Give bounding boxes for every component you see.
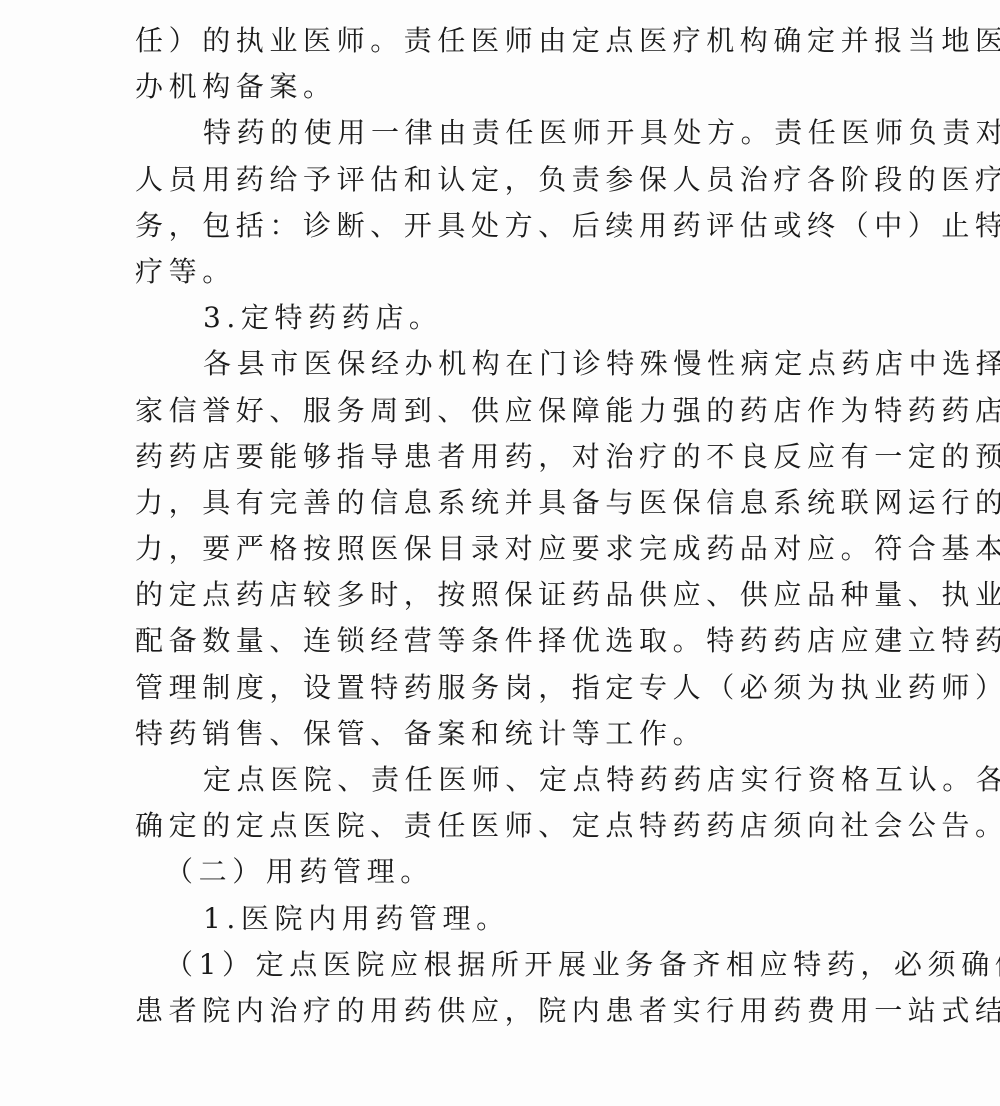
text-line: 力，具有完善的信息系统并具备与医保信息系统联网运行的能 — [135, 480, 857, 526]
document-body: 任）的执业医师。责任医师由定点医疗机构确定并报当地医保经 办机构备案。 特药的使… — [135, 18, 857, 1034]
text-line: 管理制度，设置特药服务岗，指定专人（必须为执业药师）负责 — [135, 665, 857, 711]
paragraph-start-line: 定点医院、责任医师、定点特药药店实行资格互认。各县市 — [135, 757, 857, 803]
text-line: 配备数量、连锁经营等条件择优选取。特药药店应建立特药供应 — [135, 618, 857, 664]
text-line: 疗等。 — [135, 249, 857, 295]
text-line: 务，包括：诊断、开具处方、后续用药评估或终（中）止特药治 — [135, 203, 857, 249]
text-line: 药药店要能够指导患者用药，对治疗的不良反应有一定的预判能 — [135, 434, 857, 480]
text-line: 人员用药给予评估和认定，负责参保人员治疗各阶段的医疗服 — [135, 157, 857, 203]
text-line: 确定的定点医院、责任医师、定点特药药店须向社会公告。 — [135, 803, 857, 849]
text-line: 力，要严格按照医保目录对应要求完成药品对应。符合基本条件 — [135, 526, 857, 572]
paragraph-start-line: 特药的使用一律由责任医师开具处方。责任医师负责对参保 — [135, 110, 857, 156]
text-line: 特药销售、保管、备案和统计等工作。 — [135, 711, 857, 757]
paragraph-start-line: 各县市医保经办机构在门诊特殊慢性病定点药店中选择1-2 — [135, 341, 857, 387]
text-line: 患者院内治疗的用药供应，院内患者实行用药费用一站式结算。 — [135, 988, 857, 1034]
text-line: 的定点药店较多时，按照保证药品供应、供应品种量、执业药师 — [135, 572, 857, 618]
section-heading: （二）用药管理。 — [135, 849, 857, 895]
text-line: 任）的执业医师。责任医师由定点医疗机构确定并报当地医保经 — [135, 18, 857, 64]
paragraph-start-line: （1）定点医院应根据所开展业务备齐相应特药，必须确保 — [135, 942, 857, 988]
section-heading: 3.定特药药店。 — [135, 295, 857, 341]
subsection-heading: 1.医院内用药管理。 — [135, 896, 857, 942]
scanned-document-page: 任）的执业医师。责任医师由定点医疗机构确定并报当地医保经 办机构备案。 特药的使… — [0, 0, 1000, 1106]
text-line: 办机构备案。 — [135, 64, 857, 110]
text-line: 家信誉好、服务周到、供应保障能力强的药店作为特药药店。特 — [135, 388, 857, 434]
